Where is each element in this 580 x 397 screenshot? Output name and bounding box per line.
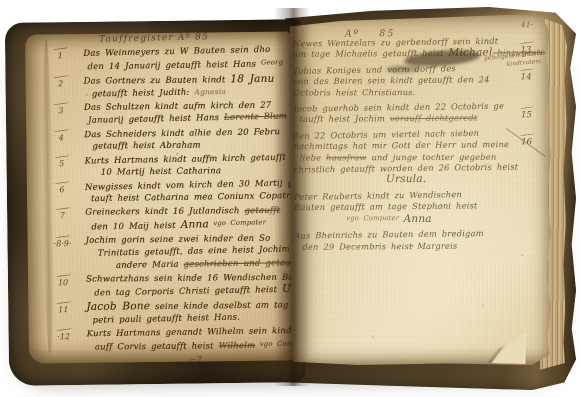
entry-number: 1	[45, 48, 75, 60]
struck-text: Wilhelm	[219, 341, 256, 351]
entry-number-text: 15	[521, 110, 532, 120]
entry-number-text: 4	[59, 133, 64, 142]
folio-number: 41·	[521, 20, 533, 29]
register-entry: 10Schwartzhans sein kinde 16 Wendischen …	[48, 271, 294, 299]
entry-number: 6	[47, 182, 77, 194]
entry-number-text: 11	[58, 305, 68, 314]
entry-line: Octobris heist Christianus.	[293, 86, 503, 98]
script-text: Das Gortners zu Bauten kindt	[84, 75, 231, 86]
register-entry: 5Kurts Hartmans kindt auffm kirch getauf…	[46, 152, 292, 179]
entry-line: getaufft heist Abraham	[92, 138, 292, 152]
script-text: und junge tochter gegeben	[367, 151, 497, 162]
manuscript-photo: 9: Tauffregister Aº 85 1Das Weinmeyers z…	[0, 0, 580, 397]
script-text: vgo Compater	[209, 218, 266, 227]
pen-flourish-diagonal	[506, 128, 546, 157]
right-page: Aº 85 41· 13Newes Wentzelars zu gerbendo…	[290, 14, 552, 367]
entry-number-text: 2	[58, 79, 63, 88]
struck-text: Lorentz Blum	[224, 112, 287, 123]
register-entry: 2Das Gortners zu Bauten kindt 18 Januget…	[46, 73, 292, 101]
script-text: Januarij getaufft heist Hans	[88, 113, 224, 126]
flourish-mark	[54, 155, 69, 158]
register-entry: 6Newgisses kindt vom kirch den 30 Martij…	[47, 178, 293, 205]
entry-line: tauft heist Catharina mea Coniunx Copatr…	[91, 190, 293, 205]
register-entry: Aus Bheinrichs zu Bauten dem bredigamden…	[294, 228, 546, 253]
entry-line: auff Corvis getaufft heist Wilhelm vgo C…	[95, 338, 294, 354]
flourish-mark	[518, 41, 533, 44]
script-text: von des Beiren sein kindt getaufft den 2…	[293, 74, 489, 86]
flourish-mark	[53, 75, 68, 78]
script-text: Das Schneiders kindt alhie den 20 Febru	[84, 127, 280, 140]
flourish-mark	[55, 207, 70, 210]
entry-number: 7	[47, 208, 77, 220]
script-text: tauft heist Catharina mea Coniunx Copatr…	[91, 191, 294, 204]
register-entry: Peter Reuberts kindt zu WendischenBauten…	[294, 189, 546, 226]
script-text: Georg	[261, 58, 283, 66]
entry-number: 5	[46, 156, 76, 168]
entry-number-text: 14	[521, 72, 532, 82]
left-page: 9: Tauffregister Aº 85 1Das Weinmeyers z…	[25, 31, 294, 363]
struck-text: geschrieben und getauffet	[183, 257, 294, 269]
entry-number: ·12	[49, 329, 79, 341]
register-entry: 16den 22 Octobris um viertel nach sieben…	[294, 128, 546, 187]
entry-number-text: 5	[59, 159, 64, 168]
script-text: 18 Janu	[230, 73, 274, 85]
script-text: 10 Martij heist Catharina	[101, 166, 222, 177]
entry-line: den 29 Decembris heist Margreis	[302, 240, 504, 253]
script-text: den 14 Januarij getaufft heist Hans	[87, 60, 261, 73]
script-text: nachmittags hat mir Gott der Herr und me…	[294, 139, 509, 151]
entry-number-text: ·12	[57, 332, 70, 341]
entry-line: von des Beiren sein kindt getaufft den 2…	[293, 74, 503, 88]
script-text: den tag Corporis Christi getaufft heist	[94, 285, 282, 299]
entry-line: taufft heist Jochim vorauff dichtgeredt	[299, 113, 503, 126]
entry-number: 14	[511, 69, 541, 82]
entry-line: vgo Compater Anna	[346, 212, 504, 225]
entry-number: 15	[511, 107, 541, 120]
flourish-mark	[54, 181, 69, 184]
right-page-head-row: Aº 85 41·	[293, 20, 545, 38]
entry-line: andere Maria geschrieben und getauffet	[116, 257, 294, 272]
flourish-mark	[56, 328, 71, 331]
register-entry: 3Das Schultzen kindt aufm kirch den 27Ja…	[46, 100, 292, 127]
entry-number: 16	[512, 134, 542, 147]
struck-text: vorauff dichtgeredt	[390, 113, 478, 124]
entry-number: 2	[46, 76, 76, 88]
entry-line: Ursula.	[386, 174, 504, 186]
register-entry: ·8·9·Jochim gorin seine zwei kinder den …	[47, 233, 293, 272]
entry-line: den 10 Maij heist Anna vgo Compater	[91, 216, 293, 234]
script-text: Ursula.	[386, 173, 426, 185]
entry-number-text: 1	[58, 51, 63, 60]
entry-line: Januarij getaufft heist Hans Lorentz Blu…	[88, 111, 292, 128]
left-page-content: 9: Tauffregister Aº 85 1Das Weinmeyers z…	[45, 31, 294, 363]
script-text: Octobris heist Christianus.	[293, 87, 415, 97]
flourish-mark	[519, 133, 534, 136]
register-entry: 4Das Schneiders kindt alhie den 20 Febru…	[46, 126, 292, 153]
script-text: petri pauli getaufft heist Hans.	[92, 312, 240, 325]
entry-number-text: 7	[60, 211, 65, 220]
flourish-mark	[55, 236, 70, 239]
script-text: Bauten getaufft am tage Stephani heist	[294, 201, 478, 213]
script-text: taufft heist Jochim	[299, 114, 389, 125]
entry-line: getaufft heist Judith: Agnesia	[92, 85, 292, 101]
entry-line: 10 Martij heist Catharina	[101, 164, 293, 178]
script-text: getaufft heist Judith:	[92, 88, 195, 100]
entry-line: den 14 Januarij getaufft heist Hans Geor…	[87, 56, 291, 73]
script-text: andere Maria	[116, 259, 184, 270]
register-entry: 11Jacob Bone seine kinde daselbst am tag…	[48, 298, 294, 326]
flourish-mark	[519, 106, 534, 109]
struck-text: getaufft	[244, 206, 280, 216]
entry-line: nachmittags hat mir Gott der Herr und me…	[294, 139, 504, 153]
entry-number-text: 6	[59, 185, 64, 194]
script-text: vgo Compa	[255, 340, 294, 348]
script-text: Jacob Bone	[86, 300, 150, 313]
flourish-mark	[55, 274, 70, 277]
entry-number: ·8·9·	[47, 236, 77, 248]
script-text: liebe	[300, 152, 326, 162]
entry-number: 3	[46, 103, 76, 115]
flourish-mark	[56, 301, 71, 304]
right-page-content: Aº 85 41· 13Newes Wentzelars zu gerbendo…	[293, 20, 547, 367]
left-page-header: Tauffregister Aº 85	[99, 31, 291, 44]
script-text: Anna	[404, 213, 432, 225]
struck-text: hausfraw	[326, 152, 367, 162]
register-entry: 1Das Weinmeyers zu W Bauten sein dhoden …	[45, 44, 291, 73]
register-entry: 7Greineckers kindt 16 Jutlandisch getauf…	[47, 204, 293, 233]
entry-number: 4	[46, 130, 76, 142]
entry-number-text: 10	[58, 278, 68, 287]
entry-number-text: ·8·9·	[54, 239, 72, 248]
script-text: Greineckers kindt 16 Jutlandisch	[85, 206, 244, 217]
register-entry: 15Jacob guerhob sein kindt den 22 Octobr…	[293, 101, 545, 126]
script-text: vgo Compater	[346, 214, 403, 222]
entry-number-text: 3	[58, 107, 63, 116]
flourish-mark	[53, 103, 68, 106]
script-text: auff Corvis getaufft heist	[95, 341, 219, 352]
register-entry: ·12Kurts Hartmans genandt Wilhelm sein k…	[49, 325, 294, 354]
script-text: Agnesia	[194, 87, 226, 97]
flourish-mark	[54, 129, 69, 132]
script-text: getaufft heist Abraham	[92, 140, 200, 151]
script-text: den 10 Maij heist	[91, 221, 180, 233]
entry-number: 11	[48, 302, 78, 314]
script-text: Anna	[181, 219, 209, 232]
entry-number: 10	[48, 275, 78, 287]
flourish-mark	[519, 68, 534, 71]
script-text: den 29 Decembris heist Margreis	[302, 240, 457, 251]
entry-line: den tag Corporis Christi getaufft heist …	[94, 282, 294, 299]
flourish-mark	[53, 47, 68, 50]
script-text: Aus Bheinrichs zu Bauten dem bredigam	[294, 228, 484, 241]
left-page-entries: 1Das Weinmeyers zu W Bauten sein dhoden …	[45, 44, 294, 354]
